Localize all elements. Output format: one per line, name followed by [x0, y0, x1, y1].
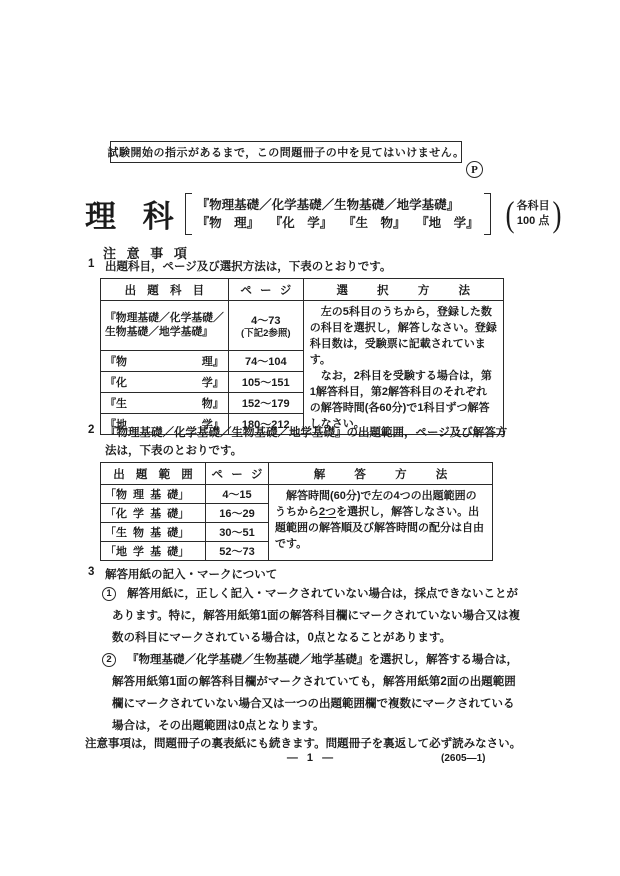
instruction-item-3: 3 解答用紙の記入・マークについて [88, 566, 277, 584]
range-chemistry-basics: 「化 学 基 礎」 [101, 504, 206, 523]
instruction-item-1: 1 出題科目，ページ及び選択方法は，下表のとおりです。 [88, 258, 391, 276]
subject-physics-cell: 『物理』 [101, 351, 229, 372]
page-title: 理 科 [85, 191, 175, 236]
score-paren-left: ( [505, 194, 514, 234]
booklet-code: (2605—1) [441, 753, 485, 764]
col-header-pages: ペ ー ジ [228, 279, 303, 301]
exam-booklet-cover-page: 試験開始の指示があるまで，この問題冊子の中を見てはいけません。 P 理 科 『物… [0, 0, 620, 876]
table-header-row: 出 題 範 囲 ペ ー ジ 解 答 方 法 [101, 463, 493, 485]
score-points: 100 点 [517, 214, 549, 229]
circled-number-2: 2 [102, 653, 116, 667]
table-row: 『物理基礎／化学基礎／ 生物基礎／地学基礎』 4～73 (下記2参照) 左の5科… [101, 301, 504, 351]
range-physics-basics: 「物 理 基 礎」 [101, 485, 206, 504]
subject-list-bracketed: 『物理基礎／化学基礎／生物基礎／地学基礎』 『物 理』 『化 学』 『生 物』 … [185, 193, 491, 235]
item-2-number: 2 [88, 424, 105, 461]
score-paren-right: ) [552, 194, 561, 234]
range-geology-basics: 「地 学 基 礎」 [101, 542, 206, 561]
circled-number-1: 1 [102, 587, 116, 601]
col-header-method: 解 答 方 法 [269, 463, 493, 485]
method-paragraph: 解答時間(60分)で左の4つの出題範囲のうちから2つを選択し，解答しなさい。出題… [275, 488, 486, 552]
basics-ranges-table: 出 題 範 囲 ペ ー ジ 解 答 方 法 「物 理 基 礎」 4～15 解答時… [100, 462, 493, 561]
right-bracket [484, 193, 491, 235]
page-number: — 1 — [0, 752, 620, 764]
sub-item-2-text: 『物理基礎／化学基礎／生物基礎／地学基礎』を選択し，解答する場合は，解答用紙第1… [88, 649, 520, 737]
notice-text: 試験開始の指示があるまで，この問題冊子の中を見てはいけません。 [108, 144, 465, 160]
answer-method-cell: 解答時間(60分)で左の4つの出題範囲のうちから2つを選択し，解答しなさい。出題… [269, 485, 493, 561]
pages-cell: 4～73 (下記2参照) [228, 301, 303, 351]
subject-physics: 『物 理』 [197, 214, 259, 232]
item-3-heading: 解答用紙の記入・マークについて [105, 566, 277, 584]
col-header-method: 選 択 方 法 [303, 279, 503, 301]
score-label: 各科目 [517, 199, 550, 214]
pages-cell: 152～179 [228, 393, 303, 414]
method-paragraph-2: なお，2科目を受験する場合は，第1解答科目，第2解答科目のそれぞれの解答時間(各… [310, 368, 497, 432]
closing-note: 注意事項は，問題冊子の裏表紙にも続きます。問題冊子を裏返して必ず読みなさい。 [85, 735, 521, 751]
table-header-row: 出 題 科 目 ペ ー ジ 選 択 方 法 [101, 279, 504, 301]
subject-biology-cell: 『生物』 [101, 393, 229, 414]
pages-cell: 105～151 [228, 372, 303, 393]
left-bracket [185, 193, 192, 235]
p-mark-letter: P [471, 164, 478, 176]
selection-method-cell: 左の5科目のうちから，登録した数の科目を選択し，解答しなさい。登録科目数は，受験… [303, 301, 503, 435]
subject-chemistry: 『化 学』 [270, 214, 332, 232]
title-block: 理 科 『物理基礎／化学基礎／生物基礎／地学基礎』 『物 理』 『化 学』 『生… [85, 191, 563, 236]
subjects-line-2: 『物 理』 『化 学』 『生 物』 『地 学』 [197, 214, 479, 232]
col-header-subject: 出 題 科 目 [101, 279, 229, 301]
item-2-text: 『物理基礎／化学基礎／生物基礎／地学基礎』の出題範囲，ページ及び解答方法は，下表… [105, 424, 511, 461]
pages-cell: 16～29 [206, 504, 269, 523]
underlined-two: 2つ [319, 506, 336, 518]
item-3-number: 3 [88, 566, 105, 584]
subject-biology: 『生 物』 [343, 214, 405, 232]
range-biology-basics: 「生 物 基 礎」 [101, 523, 206, 542]
method-paragraph-1: 左の5科目のうちから，登録した数の科目を選択し，解答しなさい。登録科目数は，受験… [310, 304, 497, 368]
pages-cell: 52～73 [206, 542, 269, 561]
item-1-number: 1 [88, 258, 105, 276]
subjects-line-1: 『物理基礎／化学基礎／生物基礎／地学基礎』 [197, 196, 479, 214]
pages-cell: 74～104 [228, 351, 303, 372]
col-header-pages: ペ ー ジ [206, 463, 269, 485]
col-header-range: 出 題 範 囲 [101, 463, 206, 485]
pages-cell: 30～51 [206, 523, 269, 542]
subject-basics-combined: 『物理基礎／化学基礎／ 生物基礎／地学基礎』 [101, 301, 229, 351]
sub-item-1-text: 解答用紙に，正しく記入・マークされていない場合は，採点できないことがあります。特… [88, 583, 520, 649]
subjects-pages-table: 出 題 科 目 ペ ー ジ 選 択 方 法 『物理基礎／化学基礎／ 生物基礎／地… [100, 278, 504, 435]
subject-geology: 『地 学』 [416, 214, 478, 232]
table-row: 「物 理 基 礎」 4～15 解答時間(60分)で左の4つの出題範囲のうちから2… [101, 485, 493, 504]
sub-item-2: 2 『物理基礎／化学基礎／生物基礎／地学基礎』を選択し，解答する場合は，解答用紙… [88, 649, 520, 737]
sub-item-1: 1 解答用紙に，正しく記入・マークされていない場合は，採点できないことがあります… [88, 583, 520, 649]
do-not-open-notice-box: 試験開始の指示があるまで，この問題冊子の中を見てはいけません。 [110, 141, 462, 163]
pages-cell: 4～15 [206, 485, 269, 504]
circled-p-mark: P [466, 161, 483, 178]
subject-chemistry-cell: 『化学』 [101, 372, 229, 393]
score-note: ( 各科目 100 点 ) [504, 194, 563, 234]
instruction-item-2: 2 『物理基礎／化学基礎／生物基礎／地学基礎』の出題範囲，ページ及び解答方法は，… [88, 424, 511, 461]
pages-note: (下記2参照) [229, 328, 303, 340]
item-1-text: 出題科目，ページ及び選択方法は，下表のとおりです。 [105, 258, 391, 276]
